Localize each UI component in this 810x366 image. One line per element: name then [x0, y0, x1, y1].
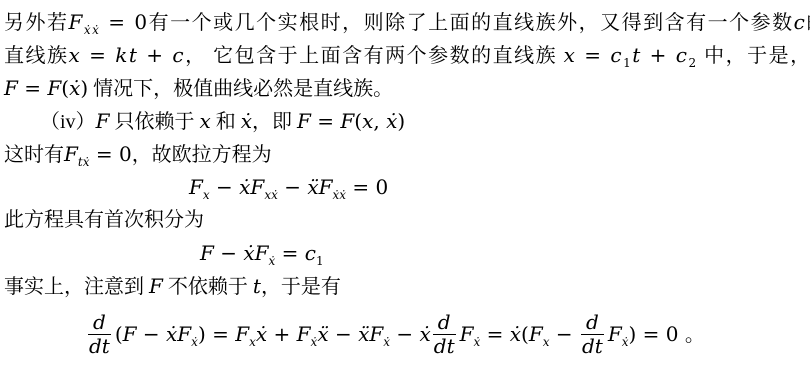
math-subscript: 1 [623, 56, 632, 70]
math-italic-run: c [610, 43, 623, 67]
math-italic-run: c [676, 43, 689, 67]
fraction-numerator: d [88, 312, 111, 335]
math-italic-run: F [529, 322, 543, 346]
math-subscript: x [543, 335, 550, 349]
math-roman-run: ( [61, 76, 69, 100]
math-roman-run: = 0 [100, 10, 148, 34]
math-subscript: xẋ [264, 188, 278, 202]
math-roman-run: − [329, 322, 358, 346]
text-run: 这时有 [4, 144, 64, 166]
para-line-9: 事实上，注意到 F 不依赖于 t，于是有 [4, 270, 810, 303]
text-run: 事实上，注意到 [4, 276, 149, 298]
math-italic-run: F [297, 109, 311, 133]
text-run: 不依赖于 [163, 276, 253, 298]
math-roman-run: = [311, 109, 340, 133]
item-iv-line: （iv）F 只依赖于 x 和 ẋ，即 F = F(x, ẋ) [4, 105, 810, 138]
math-subscript: x [249, 335, 256, 349]
math-roman-run: + [267, 322, 296, 346]
math-italic-run: kt [115, 43, 138, 67]
math-italic-run: F [235, 322, 249, 346]
math-italic-run: ẋF [243, 241, 268, 265]
fraction-denominator: dt [581, 335, 604, 357]
math-subscript: tẋ [78, 155, 90, 169]
math-italic-run: F [69, 10, 84, 34]
math-italic-run: F [47, 76, 61, 100]
math-roman-run: = [275, 241, 304, 265]
text-run: 直线族 [4, 45, 69, 67]
math-italic-run: F [149, 274, 163, 298]
math-roman-run: ) = 0 [629, 322, 685, 346]
fraction: ddt [88, 312, 111, 357]
text-run: （iv） [40, 111, 96, 133]
math-roman-run: + [138, 43, 172, 67]
math-subscript: ẋẋ [333, 188, 347, 202]
math-italic-run: F [123, 322, 137, 346]
math-italic-run: F [297, 322, 311, 346]
math-italic-run: ẋF [239, 175, 264, 199]
math-subscript: ẋ [383, 335, 390, 349]
para-line-3: F = F(ẋ) 情况下，极值曲线必然是直线族。 [4, 72, 810, 105]
math-roman-run: − [278, 175, 307, 199]
math-roman-run: − [390, 322, 419, 346]
math-roman-run: − [214, 241, 243, 265]
math-italic-run: ẋF [166, 322, 191, 346]
fraction-numerator: d [581, 312, 604, 335]
math-italic-run: F [96, 109, 110, 133]
math-italic-run: ẋ [69, 76, 80, 100]
math-roman-run: ( [115, 322, 123, 346]
text-run: ，于是有 [261, 276, 341, 298]
math-roman-run: ( [354, 109, 362, 133]
math-roman-run: = [18, 76, 47, 100]
math-italic-run: c [305, 241, 316, 265]
math-subscript: x [203, 188, 210, 202]
math-roman-run: + [642, 43, 676, 67]
fraction: ddt [581, 312, 604, 357]
math-subscript: 2 [688, 56, 697, 70]
math-italic-run: F [340, 109, 354, 133]
math-italic-run: ẋ [386, 109, 397, 133]
derivation-formula: ddt(F − ẋFẋ) = Fxẋ + Fẋẍ − ẍFẋ − ẋddtFẋ … [4, 303, 810, 365]
text-run: 此方程具有首次积分为 [4, 209, 204, 231]
math-roman-run: = [81, 43, 115, 67]
text-run: 和 [211, 111, 241, 133]
text-run: 只依赖于 [109, 111, 199, 133]
math-italic-run: ẋ [256, 322, 267, 346]
fraction: ddt [433, 312, 456, 357]
math-subscript: ẋ [191, 335, 198, 349]
math-roman-run: − [210, 175, 239, 199]
math-subscript: ẋẋ [84, 23, 101, 37]
text-run: 的 [806, 12, 810, 34]
math-roman-run: = [576, 43, 610, 67]
math-subscript: ẋ [622, 335, 629, 349]
fraction-denominator: dt [88, 335, 111, 357]
math-italic-run: t [253, 274, 261, 298]
math-roman-run: ) [397, 109, 405, 133]
math-italic-run: x [69, 43, 82, 67]
document-body: 另外若Fẋẋ = 0有一个或几个实根时，则除了上面的直线族外，又得到含有一个参数… [0, 0, 810, 365]
math-roman-run: ) = [198, 322, 235, 346]
math-italic-run: ẋ [510, 322, 521, 346]
math-italic-run: c [794, 10, 807, 34]
para-line-2: 直线族x = kt + c， 它包含于上面含有两个参数的直线族 x = c1t … [4, 39, 810, 72]
math-italic-run: ẍF [358, 322, 383, 346]
text-run: 情况下，极值曲线必然是直线族。 [88, 78, 393, 100]
math-roman-run: = 0 [89, 142, 131, 166]
math-italic-run: t [632, 43, 642, 67]
math-italic-run: x [564, 43, 577, 67]
math-italic-run: ẋ [241, 109, 252, 133]
euler-equation-formula: Fx − ẋFxẋ − ẍFẋẋ = 0 [4, 171, 810, 204]
text-run: ，故欧拉方程为 [132, 144, 272, 166]
math-roman-run: − [137, 322, 166, 346]
math-italic-run: F [200, 241, 214, 265]
math-roman-run: ) [80, 76, 88, 100]
text-run: 中，于是，在 [698, 45, 810, 67]
math-italic-run: x [362, 109, 373, 133]
math-italic-run: c [172, 43, 185, 67]
math-italic-run: ẍF [307, 175, 332, 199]
fraction-denominator: dt [433, 335, 456, 357]
math-italic-run: ẋ [420, 322, 431, 346]
math-subscript: 1 [316, 254, 324, 268]
para-line-1: 另外若Fẋẋ = 0有一个或几个实根时，则除了上面的直线族外，又得到含有一个参数… [4, 6, 810, 39]
math-italic-run: F [189, 175, 203, 199]
math-italic-run: F [64, 142, 78, 166]
math-roman-run: ( [521, 322, 529, 346]
text-run: ， 它包含于上面含有两个参数的直线族 [185, 45, 564, 67]
text-run: 有一个或几个实根时，则除了上面的直线族外，又得到含有一个参数 [149, 12, 794, 34]
text-run: 另外若 [4, 12, 69, 34]
math-roman-run: = 0 [346, 175, 388, 199]
math-italic-run: x [199, 109, 210, 133]
math-italic-run: F [608, 322, 622, 346]
fraction-numerator: d [433, 312, 456, 335]
text-run: ，即 [252, 111, 297, 133]
math-roman-run: , [373, 109, 386, 133]
text-run: 。 [685, 324, 705, 346]
math-italic-run: F [4, 76, 18, 100]
first-integral-formula: F − ẋFẋ = c1 [4, 237, 810, 270]
math-roman-run: − [550, 322, 579, 346]
math-italic-run: ẍ [317, 322, 328, 346]
math-italic-run: F [460, 322, 474, 346]
para-line-5: 这时有Ftẋ = 0，故欧拉方程为 [4, 138, 810, 171]
math-roman-run: = [480, 322, 509, 346]
para-line-7: 此方程具有首次积分为 [4, 204, 810, 237]
